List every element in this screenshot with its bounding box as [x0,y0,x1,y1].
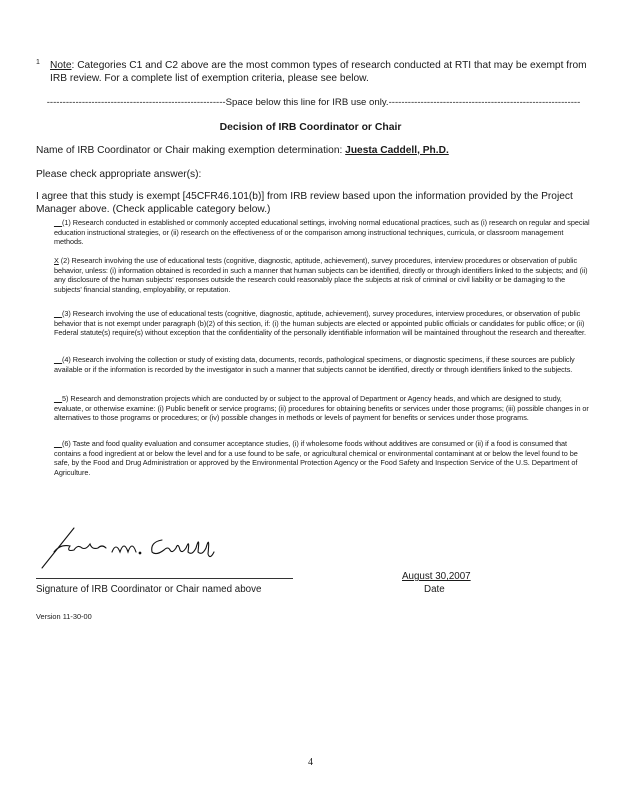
coordinator-name-row: Name of IRB Coordinator or Chair making … [36,144,449,157]
section-title: Decision of IRB Coordinator or Chair [0,122,621,133]
category-checkbox[interactable]: __ [54,309,62,318]
coordinator-label: Name of IRB Coordinator or Chair making … [36,145,345,156]
exemption-category-3: __(3) Research involving the use of educ… [54,309,590,338]
category-checkbox[interactable]: __ [54,218,62,227]
coordinator-name: Juesta Caddell, Ph.D. [345,145,449,156]
category-text: (4) Research involving the collection or… [54,355,575,374]
category-text: 5) Research and demonstration projects w… [54,394,589,422]
exemption-category-1: __(1) Research conducted in established … [54,218,590,247]
category-text: (3) Research involving the use of educat… [54,309,586,337]
category-text: (6) Taste and food quality evaluation an… [54,439,578,477]
signature-line [36,578,293,579]
exemption-category-2: X (2) Research involving the use of educ… [54,256,590,294]
footnote-text: : Categories C1 and C2 above are the mos… [50,60,587,84]
category-text: (2) Research involving the use of educat… [54,256,588,294]
form-version: Version 11-30-00 [36,612,92,621]
date-label: Date [424,584,445,595]
footnote: 1 Note: Categories C1 and C2 above are t… [36,59,591,85]
footnote-marker: 1 [36,56,40,69]
handwritten-signature [40,522,230,570]
category-checkbox[interactable]: __ [54,355,62,364]
agreement-text: I agree that this study is exempt [45CFR… [36,190,594,216]
page-number: 4 [0,757,621,768]
category-text: (1) Research conducted in established or… [54,218,590,246]
exemption-category-5: __5) Research and demonstration projects… [54,394,590,423]
category-checkbox[interactable]: __ [54,394,62,403]
irb-use-divider: ----------------------------------------… [36,97,591,108]
footnote-label: Note [50,60,72,71]
category-checkbox[interactable]: __ [54,439,62,448]
instruction-text: Please check appropriate answer(s): [36,168,201,181]
exemption-category-4: __(4) Research involving the collection … [54,355,590,374]
signature-label: Signature of IRB Coordinator or Chair na… [36,584,261,595]
signature-date: August 30,2007 [402,571,471,582]
exemption-category-6: __(6) Taste and food quality evaluation … [54,439,590,477]
